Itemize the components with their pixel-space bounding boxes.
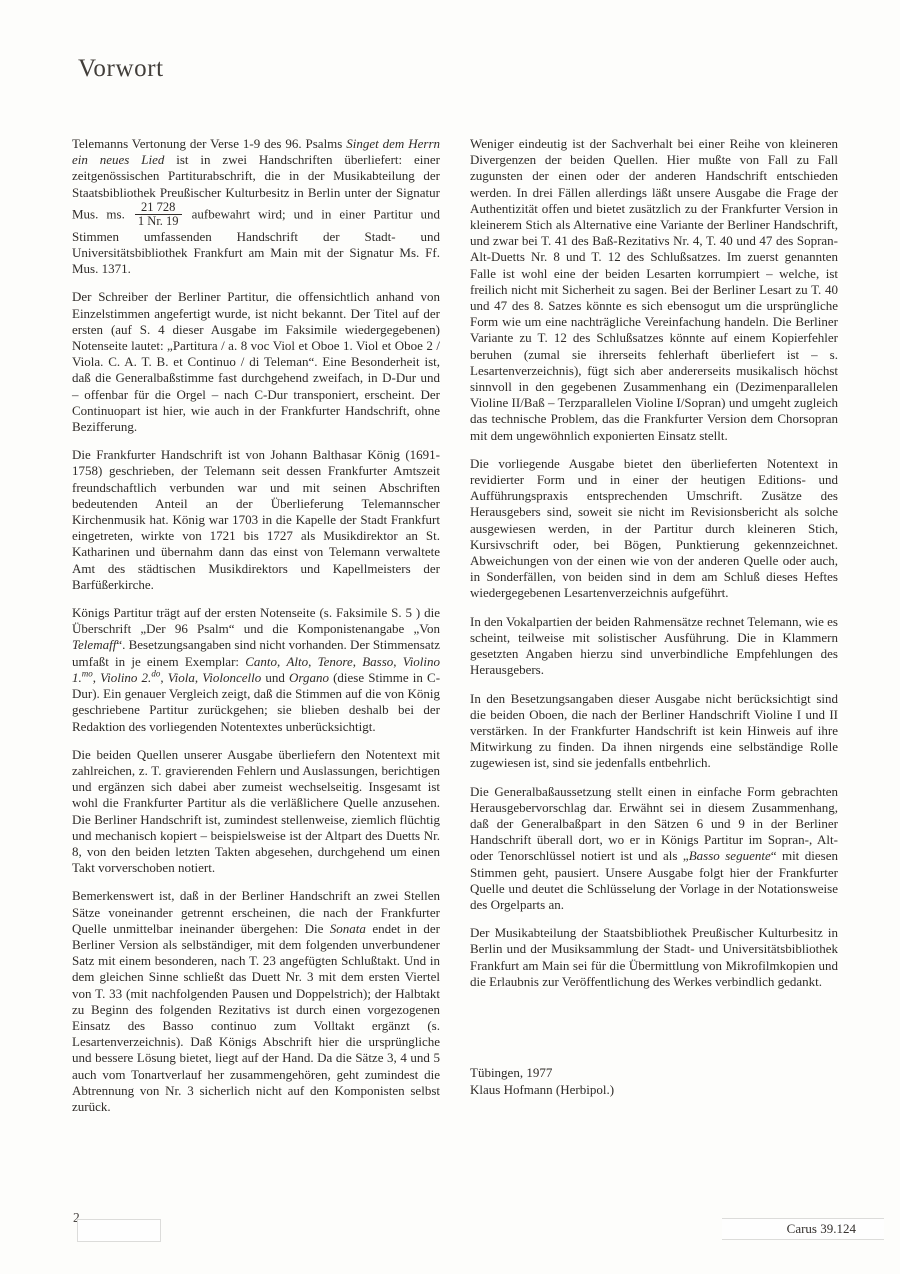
footer-box-right: Carus 39.124: [722, 1218, 884, 1240]
paragraph: Die beiden Quellen unserer Ausgabe überl…: [72, 747, 440, 877]
footer-box-left: [77, 1219, 161, 1242]
shelfmark-fraction: 21 7281 Nr. 19: [135, 201, 182, 229]
signature-block: Tübingen, 1977Klaus Hofmann (Herbipol.): [470, 1064, 838, 1098]
paragraph: Königs Partitur trägt auf der ersten Not…: [72, 605, 440, 735]
signature-place-date: Tübingen, 1977: [470, 1064, 838, 1081]
paragraph: Die vorliegende Ausgabe bietet den überl…: [470, 456, 838, 602]
paragraph: Der Musikabteilung der Staatsbibliothek …: [470, 925, 838, 990]
paragraph: Der Schreiber der Berliner Partitur, die…: [72, 289, 440, 435]
right-column: Weniger eindeutig ist der Sachverhalt be…: [470, 136, 838, 1127]
paragraph: In den Besetzungsangaben dieser Ausgabe …: [470, 691, 838, 772]
paragraph: Weniger eindeutig ist der Sachverhalt be…: [470, 136, 838, 444]
signature-author: Klaus Hofmann (Herbipol.): [470, 1081, 838, 1098]
paragraph: Die Frankfurter Handschrift ist von Joha…: [72, 447, 440, 593]
paragraph: Telemanns Vertonung der Verse 1-9 des 96…: [72, 136, 440, 277]
page-title: Vorwort: [78, 55, 164, 83]
text-columns: Telemanns Vertonung der Verse 1-9 des 96…: [72, 136, 838, 1127]
document-page: Vorwort Telemanns Vertonung der Verse 1-…: [0, 0, 900, 1274]
paragraph: Die Generalbaßaussetzung stellt einen in…: [470, 784, 838, 914]
edition-number: Carus 39.124: [787, 1221, 884, 1236]
paragraph: In den Vokalpartien der beiden Rahmensät…: [470, 614, 838, 679]
paragraph: Bemerkenswert ist, daß in der Berliner H…: [72, 888, 440, 1115]
left-column: Telemanns Vertonung der Verse 1-9 des 96…: [72, 136, 440, 1127]
